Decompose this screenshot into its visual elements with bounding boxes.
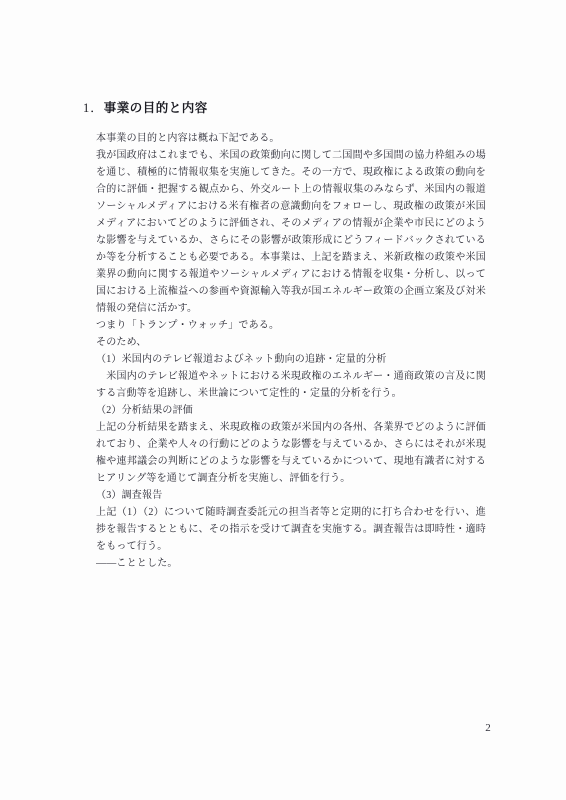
text-line: メディアにおいてどのように評価され、そのメディアの情報が企業や市民にどのよう (96, 215, 486, 232)
text-line: ――こととした。 (96, 555, 486, 572)
document-page: 1．事業の目的と内容 本事業の目的と内容は概ね下記である。 我が国政府はこれまで… (0, 0, 566, 800)
body-text-block: 本事業の目的と内容は概ね下記である。 我が国政府はこれまでも、米国の政策動向に関… (96, 130, 486, 572)
text-line: れており、企業や人々の行動にどのような影響を与えているか、さらにはそれが米現政 (96, 436, 486, 453)
text-line: ソーシャルメディアにおける米有権者の意識動向をフォローし、現政権の政策が米国 (96, 198, 486, 215)
text-line: 米国内のテレビ報道やネットにおける米現政権のエネルギー・通商政策の言及に関 (96, 368, 486, 385)
text-line: か等を分析することも必要である。本事業は、上記を踏まえ、米新政権の政策や米国産 (96, 249, 486, 266)
section-title: 事業の目的と内容 (104, 101, 208, 115)
text-line: 情報の発信に活かす。 (96, 300, 486, 317)
text-line: をもって行う。 (96, 538, 486, 555)
section-number: 1． (83, 101, 104, 115)
text-line: 我が国政府はこれまでも、米国の政策動向に関して二国間や多国間の協力枠組みの場 (96, 147, 486, 164)
text-line: そのため、 (96, 334, 486, 351)
text-line: な影響を与えているか、さらにその影響が政策形成にどうフィードバックされている (96, 232, 486, 249)
page-number: 2 (478, 722, 498, 734)
text-line: つまり「トランプ・ウォッチ」である。 (96, 317, 486, 334)
text-line: （1）米国内のテレビ報道およびネット動向の追跡・定量的分析 (96, 351, 486, 368)
text-line: 上記（1）（2）について随時調査委託元の担当者等と定期的に打ち合わせを行い、進 (96, 504, 486, 521)
text-line: する言動等を追跡し、米世論について定性的・定量的分析を行う。 (96, 385, 486, 402)
text-line: 捗を報告するとともに、その指示を受けて調査を実施する。調査報告は即時性・適時性 (96, 521, 486, 538)
text-line: 合的に評価・把握する観点から、外交ルート上の情報収集のみならず、米国内の報道や (96, 181, 486, 198)
text-line: 本事業の目的と内容は概ね下記である。 (96, 130, 486, 147)
text-line: 国における上流権益への参画や資源輸入等我が国エネルギー政策の企画立案及び対米 (96, 283, 486, 300)
text-line: 業界の動向に関する報道やソーシャルメディアにおける情報を収集・分析し、以って米 (96, 266, 486, 283)
text-line: を通じ、積極的に情報収集を実施してきた。その一方で、現政権による政策の動向を総 (96, 164, 486, 181)
text-line: 権や連邦議会の判断にどのような影響を与えているかについて、現地有識者に対する (96, 453, 486, 470)
text-line: ヒアリング等を通じて調査分析を実施し、評価を行う。 (96, 470, 486, 487)
text-line: （2）分析結果の評価 (96, 402, 486, 419)
section-heading: 1．事業の目的と内容 (83, 101, 208, 116)
text-line: 上記の分析結果を踏まえ、米現政権の政策が米国内の各州、各業界でどのように評価さ (96, 419, 486, 436)
text-line: （3）調査報告 (96, 487, 486, 504)
